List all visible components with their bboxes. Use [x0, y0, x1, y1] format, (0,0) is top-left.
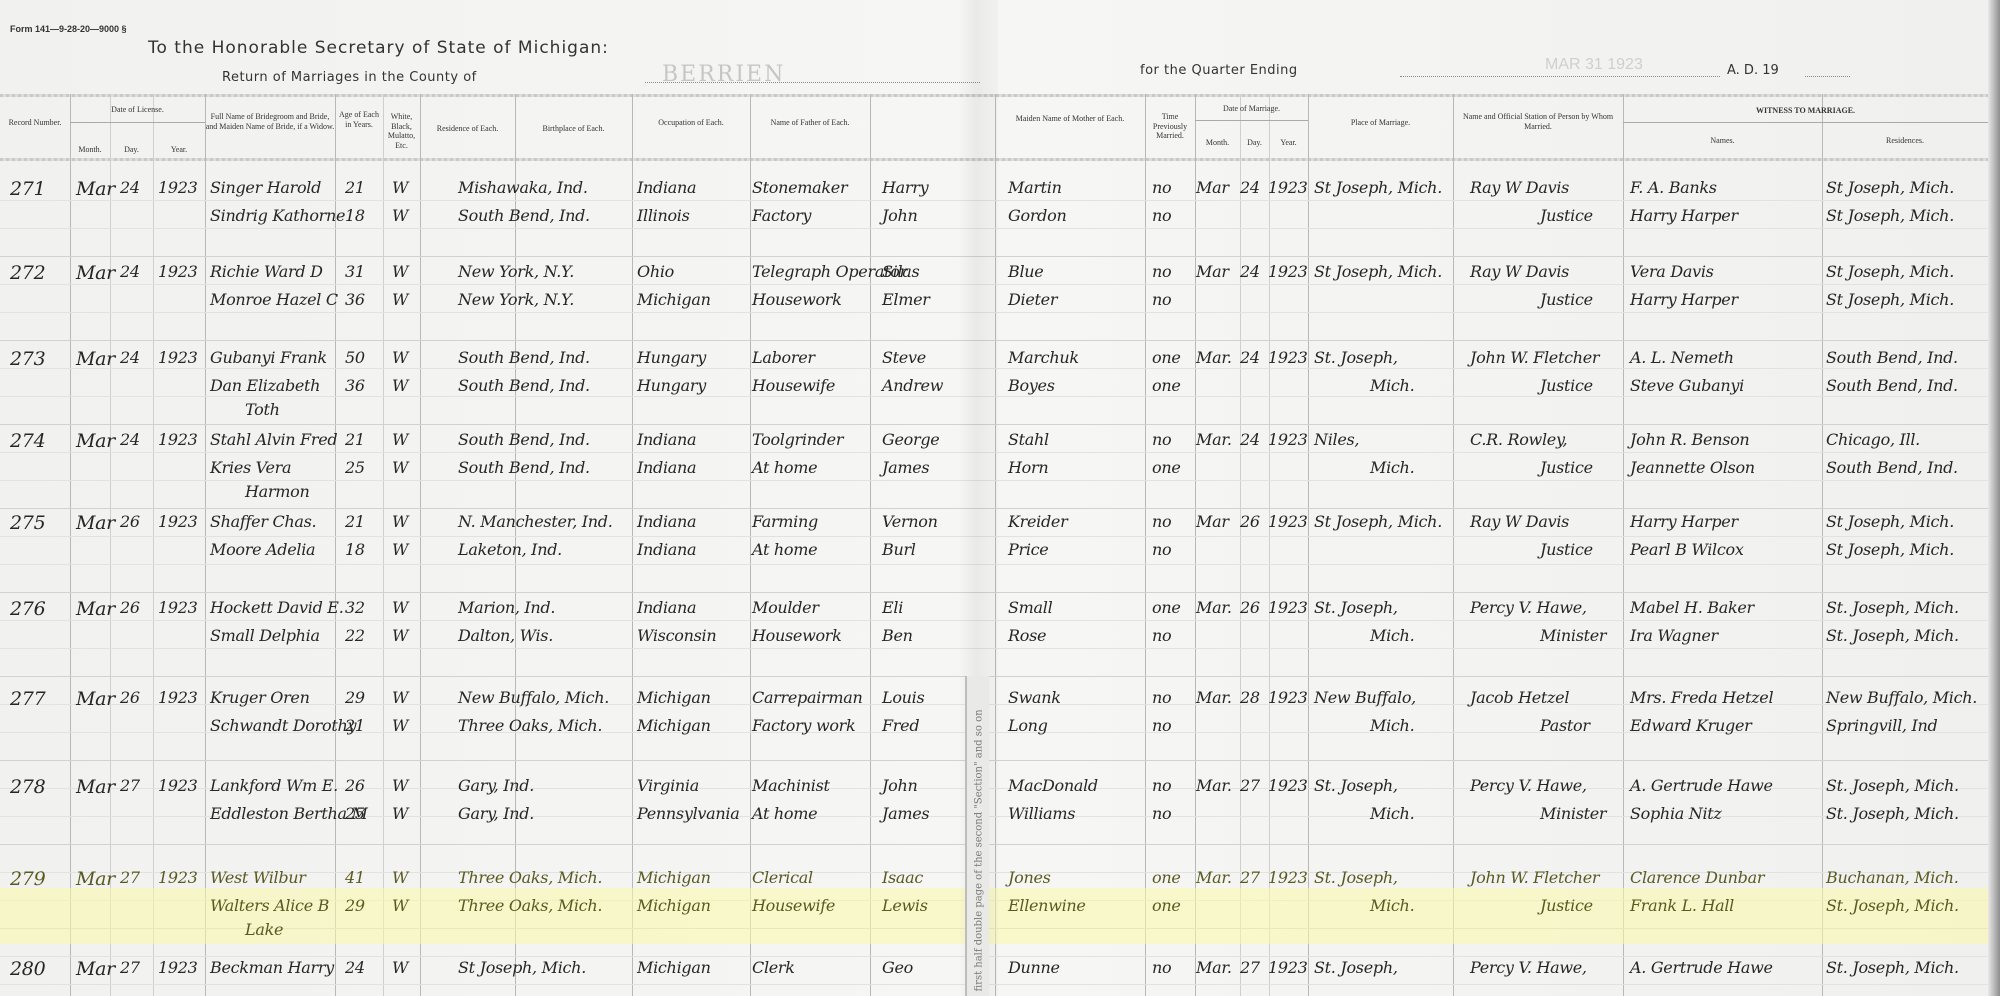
license-day: 27 [120, 868, 140, 887]
place-of-marriage: Mich. [1370, 376, 1414, 395]
occupation: Stonemaker [752, 178, 847, 197]
occupation: Farming [752, 512, 818, 531]
race: W [392, 290, 408, 309]
marriage-month: Mar [1196, 512, 1229, 531]
witness-name: Mrs. Freda Hetzel [1630, 688, 1773, 707]
page-edge [1988, 0, 2000, 996]
officiant: Ray W Davis [1470, 262, 1569, 281]
witness-name: Harry Harper [1630, 290, 1738, 309]
party-name: Walters Alice B [210, 896, 329, 915]
residence: New York, N.Y. [458, 262, 574, 281]
witness-residence: St. Joseph, Mich. [1826, 626, 1959, 645]
header-place: Place of Marriage. [1308, 118, 1453, 128]
header-day: Day. [1240, 138, 1269, 148]
party-name: Singer Harold [210, 178, 321, 197]
occupation: Housewife [752, 376, 835, 395]
party-name: Hockett David E. [210, 598, 343, 617]
father-name: Ben [882, 626, 913, 645]
header-full-name: Full Name of Bridegroom and Bride, and M… [205, 112, 335, 131]
witness-name: A. Gertrude Hawe [1630, 958, 1773, 977]
times-previously-married: no [1152, 512, 1171, 531]
column-divider [153, 94, 154, 996]
officiant: Justice [1540, 376, 1593, 395]
birthplace: Indiana [637, 512, 696, 531]
marriage-month: Mar [1196, 262, 1229, 281]
mother-maiden-name: Kreider [1008, 512, 1067, 531]
ruled-line [0, 368, 2000, 369]
license-day: 26 [120, 688, 140, 707]
column-divider [1308, 94, 1309, 996]
occupation: Housewife [752, 896, 835, 915]
witness-residence: Buchanan, Mich. [1826, 868, 1959, 887]
race: W [392, 868, 408, 887]
times-previously-married: no [1152, 540, 1171, 559]
inserted-slip: first half double page of the second "Se… [965, 676, 989, 996]
race: W [392, 512, 408, 531]
residence: Marion, Ind. [458, 598, 555, 617]
birthplace: Indiana [637, 540, 696, 559]
age: 36 [345, 290, 365, 309]
record-number: 278 [10, 776, 45, 798]
record-number: 279 [10, 868, 45, 890]
race: W [392, 716, 408, 735]
marriage-year: 1923 [1268, 178, 1308, 197]
header-mother: Maiden Name of Mother of Each. [995, 114, 1145, 124]
witness-residence: South Bend, Ind. [1826, 348, 1958, 367]
header-year: Year. [153, 145, 205, 155]
times-previously-married: no [1152, 804, 1171, 823]
father-name: Burl [882, 540, 916, 559]
officiant: Justice [1540, 540, 1593, 559]
birthplace: Hungary [637, 376, 706, 395]
mother-maiden-name: Gordon [1008, 206, 1066, 225]
ruled-line [0, 256, 2000, 257]
residence: South Bend, Ind. [458, 458, 590, 477]
place-of-marriage: St Joseph, Mich. [1314, 512, 1442, 531]
marriage-year: 1923 [1268, 512, 1308, 531]
license-day: 27 [120, 776, 140, 795]
ruled-line [0, 956, 2000, 957]
mother-maiden-name: Horn [1008, 458, 1048, 477]
mother-maiden-name: MacDonald [1008, 776, 1098, 795]
record-number: 272 [10, 262, 45, 284]
party-name: Dan Elizabeth [210, 376, 320, 395]
race: W [392, 458, 408, 477]
times-previously-married: one [1152, 458, 1181, 477]
license-year: 1923 [158, 512, 198, 531]
header-subrule [1623, 122, 1988, 123]
mother-maiden-name: Stahl [1008, 430, 1049, 449]
place-of-marriage: St. Joseph, [1314, 868, 1398, 887]
ruled-line [0, 480, 2000, 481]
witness-residence: South Bend, Ind. [1826, 376, 1958, 395]
party-name: Sindrig Kathorne [210, 206, 345, 225]
mother-maiden-name: Dunne [1008, 958, 1060, 977]
times-previously-married: no [1152, 262, 1171, 281]
mother-maiden-name: Martin [1008, 178, 1062, 197]
ruled-line [0, 396, 2000, 397]
birthplace: Michigan [637, 896, 711, 915]
license-year: 1923 [158, 868, 198, 887]
marriage-month: Mar. [1196, 868, 1232, 887]
record-number: 277 [10, 688, 45, 710]
age: 41 [345, 868, 365, 887]
mother-maiden-name: Blue [1008, 262, 1043, 281]
license-day: 24 [120, 262, 140, 281]
marriage-year: 1923 [1268, 958, 1308, 977]
marriage-year: 1923 [1268, 598, 1308, 617]
license-year: 1923 [158, 776, 198, 795]
age: 18 [345, 206, 365, 225]
quarter-blank [1400, 76, 1720, 77]
occupation: Moulder [752, 598, 819, 617]
license-day: 24 [120, 178, 140, 197]
residence: Three Oaks, Mich. [458, 896, 602, 915]
marriage-month: Mar. [1196, 688, 1232, 707]
age: 24 [345, 958, 365, 977]
race: W [392, 776, 408, 795]
officiant: Pastor [1540, 716, 1590, 735]
license-year: 1923 [158, 688, 198, 707]
birthplace: Virginia [637, 776, 699, 795]
header-official: Name and Official Station of Person by W… [1453, 112, 1623, 131]
mother-maiden-name: Rose [1008, 626, 1046, 645]
witness-residence: Springvill, Ind [1826, 716, 1937, 735]
record-number: 276 [10, 598, 45, 620]
header-date-of-marriage: Date of Marriage. [1195, 104, 1308, 114]
birthplace: Ohio [637, 262, 674, 281]
times-previously-married: no [1152, 206, 1171, 225]
residence: Three Oaks, Mich. [458, 868, 602, 887]
marriage-month: Mar. [1196, 598, 1232, 617]
marriage-day: 24 [1240, 262, 1260, 281]
quarter-label: for the Quarter Ending [1140, 63, 1298, 78]
license-month: Mar [76, 178, 115, 200]
place-of-marriage: Mich. [1370, 896, 1414, 915]
witness-name: Ira Wagner [1630, 626, 1718, 645]
times-previously-married: no [1152, 716, 1171, 735]
column-divider [632, 94, 633, 996]
marriage-day: 24 [1240, 348, 1260, 367]
header-subrule [70, 122, 205, 123]
birthplace: Michigan [637, 716, 711, 735]
mother-maiden-name: Dieter [1008, 290, 1057, 309]
witness-residence: Chicago, Ill. [1826, 430, 1920, 449]
ledger-page: Form 141—9-28-20—9000 § To the Honorable… [0, 0, 2000, 996]
father-name: John [882, 206, 917, 225]
column-divider [110, 94, 111, 996]
header-subrule [1195, 120, 1308, 121]
times-previously-married: no [1152, 178, 1171, 197]
ruled-line [0, 228, 2000, 229]
witness-name: A. L. Nemeth [1630, 348, 1734, 367]
officiant: Percy V. Hawe, [1470, 598, 1587, 617]
witness-residence: New Buffalo, Mich. [1826, 688, 1977, 707]
place-of-marriage: Mich. [1370, 626, 1414, 645]
witness-name: Jeannette Olson [1630, 458, 1755, 477]
times-previously-married: one [1152, 348, 1181, 367]
witness-name: Sophia Nitz [1630, 804, 1722, 823]
occupation: Laborer [752, 348, 815, 367]
age: 21 [345, 178, 365, 197]
age: 21 [345, 716, 365, 735]
record-number: 280 [10, 958, 45, 980]
father-name: James [882, 458, 929, 477]
race: W [392, 206, 408, 225]
age: 29 [345, 896, 365, 915]
place-of-marriage: St Joseph, Mich. [1314, 262, 1442, 281]
mother-maiden-name: Long [1008, 716, 1048, 735]
residence: St Joseph, Mich. [458, 958, 586, 977]
ruled-line [0, 676, 2000, 677]
column-divider [1240, 94, 1241, 996]
age: 18 [345, 540, 365, 559]
license-month: Mar [76, 512, 115, 534]
officiant: Jacob Hetzel [1470, 688, 1569, 707]
ruled-line [0, 564, 2000, 565]
times-previously-married: one [1152, 598, 1181, 617]
party-name: Lankford Wm E. [210, 776, 338, 795]
occupation: Factory [752, 206, 811, 225]
party-name: Monroe Hazel C [210, 290, 338, 309]
occupation: Carrepairman [752, 688, 863, 707]
officiant: Justice [1540, 458, 1593, 477]
license-day: 24 [120, 430, 140, 449]
marriage-year: 1923 [1268, 430, 1308, 449]
party-name: West Wilbur [210, 868, 306, 887]
header-day: Day. [110, 145, 153, 155]
ruled-line [0, 760, 2000, 761]
party-name: Beckman Harry [210, 958, 334, 977]
residence: Laketon, Ind. [458, 540, 562, 559]
ruled-line [0, 648, 2000, 649]
mother-maiden-name: Ellenwine [1008, 896, 1086, 915]
header-month: Month. [70, 145, 110, 155]
officiant: Justice [1540, 206, 1593, 225]
birthplace: Illinois [637, 206, 690, 225]
column-divider [205, 94, 206, 996]
race: W [392, 896, 408, 915]
record-number: 273 [10, 348, 45, 370]
marriage-month: Mar [1196, 178, 1229, 197]
license-year: 1923 [158, 958, 198, 977]
license-month: Mar [76, 348, 115, 370]
residence: South Bend, Ind. [458, 206, 590, 225]
witness-name: Harry Harper [1630, 512, 1738, 531]
place-of-marriage: St. Joseph, [1314, 958, 1398, 977]
witness-residence: St Joseph, Mich. [1826, 540, 1954, 559]
birthplace: Michigan [637, 290, 711, 309]
party-name: Stahl Alvin Fred [210, 430, 337, 449]
place-of-marriage: Mich. [1370, 458, 1414, 477]
officiant: Minister [1540, 626, 1606, 645]
party-name: Kries Vera [210, 458, 291, 477]
residence: South Bend, Ind. [458, 376, 590, 395]
mother-maiden-name: Small [1008, 598, 1052, 617]
witness-name: Edward Kruger [1630, 716, 1752, 735]
header-age: Age of Each in Years. [335, 110, 383, 129]
column-divider [870, 94, 871, 996]
column-divider [750, 94, 751, 996]
witness-residence: St. Joseph, Mich. [1826, 804, 1959, 823]
header-bottom-rule [0, 158, 2000, 161]
officiant: C.R. Rowley, [1470, 430, 1567, 449]
party-name: Gubanyi Frank [210, 348, 327, 367]
occupation: At home [752, 804, 817, 823]
mother-maiden-name: Swank [1008, 688, 1061, 707]
ruled-line [0, 452, 2000, 453]
header-month: Month. [1195, 138, 1240, 148]
age: 36 [345, 376, 365, 395]
witness-residence: St. Joseph, Mich. [1826, 958, 1959, 977]
witness-residence: St. Joseph, Mich. [1826, 776, 1959, 795]
witness-residence: St Joseph, Mich. [1826, 512, 1954, 531]
officiant: Percy V. Hawe, [1470, 958, 1587, 977]
birthplace: Michigan [637, 958, 711, 977]
marriage-day: 26 [1240, 512, 1260, 531]
officiant: Justice [1540, 290, 1593, 309]
residence: Three Oaks, Mich. [458, 716, 602, 735]
birthplace: Michigan [637, 868, 711, 887]
party-name: Small Delphia [210, 626, 320, 645]
marriage-day: 27 [1240, 776, 1260, 795]
column-divider [335, 94, 336, 996]
age: 32 [345, 598, 365, 617]
marriage-month: Mar. [1196, 348, 1232, 367]
residence: Mishawaka, Ind. [458, 178, 588, 197]
occupation: At home [752, 540, 817, 559]
father-name: George [882, 430, 939, 449]
father-name: Eli [882, 598, 903, 617]
marriage-day: 28 [1240, 688, 1260, 707]
race: W [392, 688, 408, 707]
license-month: Mar [76, 776, 115, 798]
slip-text: first half double page of the second "Se… [974, 672, 985, 992]
witness-residence: St Joseph, Mich. [1826, 206, 1954, 225]
header-previously-married: Time Previously Married. [1145, 112, 1195, 141]
column-divider [1453, 94, 1454, 996]
residence: South Bend, Ind. [458, 430, 590, 449]
header-witness-residences: Residences. [1822, 136, 1988, 146]
birthplace: Wisconsin [637, 626, 716, 645]
header-year: Year. [1269, 138, 1308, 148]
witness-residence: St. Joseph, Mich. [1826, 896, 1959, 915]
officiant: Justice [1540, 896, 1593, 915]
witness-residence: St Joseph, Mich. [1826, 290, 1954, 309]
license-month: Mar [76, 262, 115, 284]
header-race: White, Black, Mulatto, Etc. [383, 112, 420, 150]
header-top-rule [0, 94, 2000, 97]
ruled-line [0, 200, 2000, 201]
birthplace: Indiana [637, 598, 696, 617]
age: 21 [345, 430, 365, 449]
form-subtitle: Return of Marriages in the County of [222, 70, 477, 85]
witness-name: Clarence Dunbar [1630, 868, 1764, 887]
marriage-day: 24 [1240, 430, 1260, 449]
times-previously-married: no [1152, 958, 1171, 977]
marriage-year: 1923 [1268, 348, 1308, 367]
age: 50 [345, 348, 365, 367]
occupation: At home [752, 458, 817, 477]
occupation: Factory work [752, 716, 855, 735]
race: W [392, 540, 408, 559]
ruled-line [0, 620, 2000, 621]
race: W [392, 626, 408, 645]
occupation: Housework [752, 626, 842, 645]
age: 29 [345, 688, 365, 707]
age: 25 [345, 458, 365, 477]
party-name: Shaffer Chas. [210, 512, 316, 531]
column-divider [1822, 94, 1823, 996]
column-divider [383, 94, 384, 996]
quarter-stamp: MAR 31 1923 [1545, 56, 1643, 74]
witness-name: Frank L. Hall [1630, 896, 1734, 915]
party-name: Eddleston Bertha M [210, 804, 368, 823]
column-divider [1623, 94, 1624, 996]
party-name: Moore Adelia [210, 540, 315, 559]
party-name: Richie Ward D [210, 262, 323, 281]
residence: Gary, Ind. [458, 776, 534, 795]
times-previously-married: no [1152, 626, 1171, 645]
race: W [392, 262, 408, 281]
witness-name: Vera Davis [1630, 262, 1714, 281]
header-record-number: Record Number. [0, 118, 70, 128]
occupation: Clerical [752, 868, 813, 887]
place-of-marriage: St. Joseph, [1314, 776, 1398, 795]
officiant: Minister [1540, 804, 1606, 823]
father-name: Andrew [882, 376, 943, 395]
occupation: Toolgrinder [752, 430, 843, 449]
place-of-marriage: New Buffalo, [1314, 688, 1416, 707]
race: W [392, 178, 408, 197]
place-of-marriage: Niles, [1314, 430, 1359, 449]
birthplace: Pennsylvania [637, 804, 739, 823]
record-number: 271 [10, 178, 45, 200]
father-name: Fred [882, 716, 919, 735]
father-name: Louis [882, 688, 924, 707]
form-title: To the Honorable Secretary of State of M… [148, 38, 609, 58]
party-name: Kruger Oren [210, 688, 310, 707]
header-date-of-license: Date of License. [70, 105, 205, 115]
witness-name: A. Gertrude Hawe [1630, 776, 1773, 795]
witness-residence: St Joseph, Mich. [1826, 178, 1954, 197]
officiant: Percy V. Hawe, [1470, 776, 1587, 795]
times-previously-married: one [1152, 376, 1181, 395]
birthplace: Hungary [637, 348, 706, 367]
father-name: Steve [882, 348, 926, 367]
officiant: Ray W Davis [1470, 178, 1569, 197]
witness-name: Harry Harper [1630, 206, 1738, 225]
occupation: Machinist [752, 776, 830, 795]
residence: New Buffalo, Mich. [458, 688, 609, 707]
marriage-day: 26 [1240, 598, 1260, 617]
birthplace: Indiana [637, 458, 696, 477]
license-month: Mar [76, 598, 115, 620]
residence: New York, N.Y. [458, 290, 574, 309]
ad-label: A. D. 19 [1727, 63, 1779, 78]
license-year: 1923 [158, 598, 198, 617]
residence: Gary, Ind. [458, 804, 534, 823]
residence: South Bend, Ind. [458, 348, 590, 367]
father-name: Vernon [882, 512, 938, 531]
place-of-marriage: Mich. [1370, 716, 1414, 735]
ruled-line [0, 340, 2000, 341]
header-residence: Residence of Each. [420, 124, 515, 134]
marriage-day: 27 [1240, 868, 1260, 887]
witness-name: John R. Benson [1630, 430, 1749, 449]
ruled-line [0, 984, 2000, 985]
witness-residence: St Joseph, Mich. [1826, 262, 1954, 281]
